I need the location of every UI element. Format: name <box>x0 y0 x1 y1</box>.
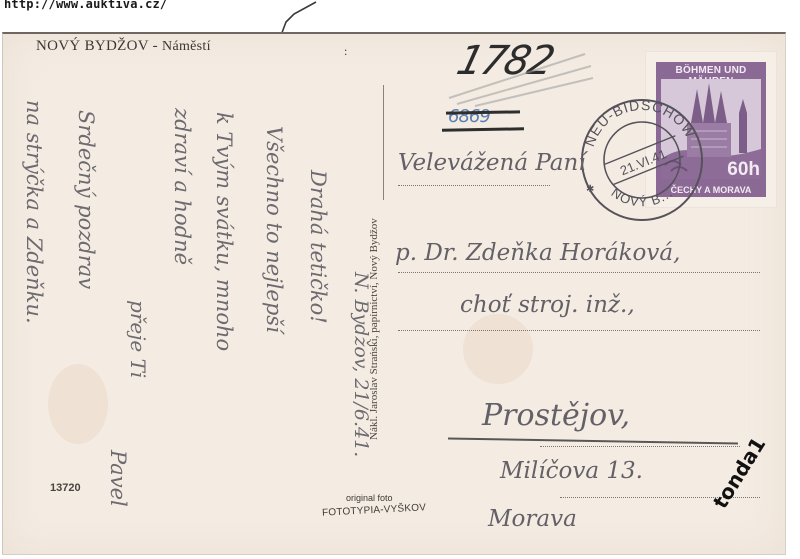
age-stain <box>463 314 533 384</box>
address-dotted-line <box>398 185 550 186</box>
serial-number: 13720 <box>50 482 81 494</box>
postmark-city-czech: NOVÝ B... <box>609 185 676 210</box>
message-greeting: Drahá tetičko! <box>306 170 330 324</box>
title-separator: - <box>153 38 158 54</box>
address-line-4: Prostějov, <box>482 398 630 433</box>
address-line-5: Milíčova 13. <box>500 458 643 484</box>
address-line-2: p. Dr. Zdeňka Horáková, <box>395 240 680 266</box>
message-postscript: na strýčka a Zdeňku. <box>22 100 46 324</box>
message-signature: Pavel <box>106 450 130 507</box>
address-dotted-line <box>540 446 740 447</box>
message-postscript: Srdečný pozdrav <box>74 110 98 289</box>
printed-mark: : <box>344 44 347 59</box>
crossed-out-number: 6869 <box>448 106 490 127</box>
message-line: Všechno to nejlepší <box>262 126 286 333</box>
divider-line <box>383 85 384 200</box>
svg-text:NOVÝ B...: NOVÝ B... <box>609 185 676 210</box>
address-dotted-line <box>398 272 760 273</box>
address-line-1: Velevážená Paní <box>398 150 586 176</box>
address-line-6: Morava <box>488 506 577 532</box>
message-line: zdraví a hodně <box>170 108 194 265</box>
photo-credit-original: original foto <box>346 493 393 503</box>
message-date-line: N. Bydžov, 21/6.41. <box>350 272 372 457</box>
svg-text:✱: ✱ <box>586 184 594 195</box>
pencil-scribble <box>445 48 595 108</box>
postmark-date: 21.VI.41 <box>618 146 669 178</box>
address-dotted-line <box>398 330 760 331</box>
address-line-3: choť stroj. inž., <box>460 292 635 318</box>
title-subtitle: Náměstí <box>162 39 211 54</box>
stamp-value: 60h <box>727 159 760 181</box>
message-line: přeje Ti <box>126 300 150 378</box>
message-line: k Tvým svátku, mnoho <box>212 112 236 351</box>
postmark-cancellation: NEU-BIDSCHOW NOVÝ B... 21.VI.41 ✱ <box>574 92 710 228</box>
title-place: NOVÝ BYDŽOV <box>36 38 149 54</box>
age-stain <box>48 364 108 444</box>
postcard-title: NOVÝ BYDŽOV - Náměstí <box>36 38 211 55</box>
source-url-watermark: http://www.auktiva.cz/ <box>4 0 167 11</box>
